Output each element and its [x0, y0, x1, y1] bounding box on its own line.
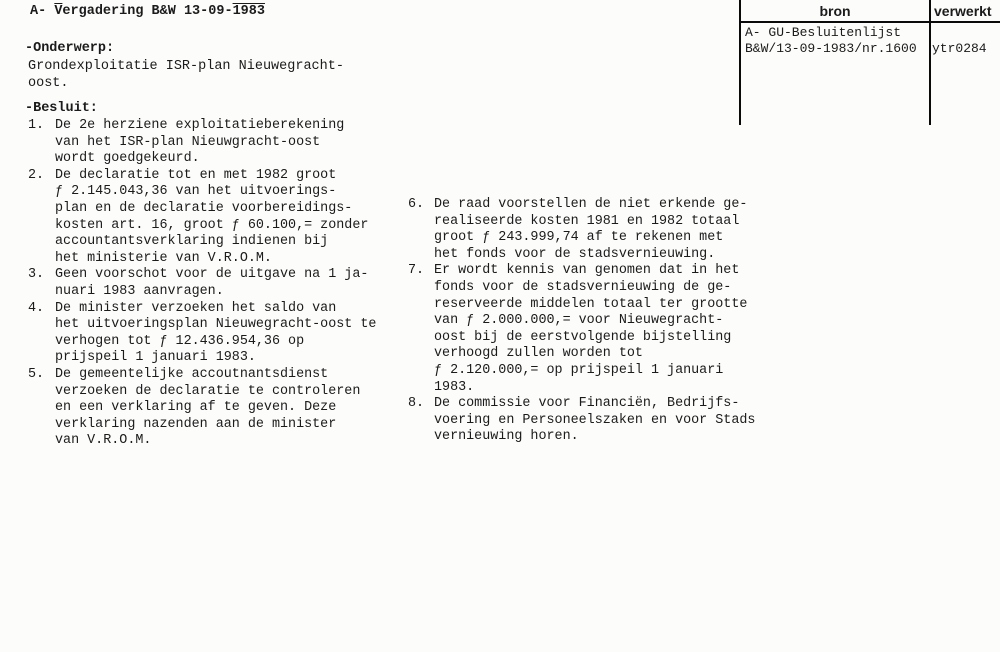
document-page: A- Vergadering B&W 13-09-1983 bron verwe…	[0, 0, 1000, 652]
list-item: 4. De minister verzoeken het saldo van h…	[28, 301, 393, 367]
stamp-table-cell-verwerkt: ytr0284	[932, 41, 987, 57]
stamp-table-cell-bron: A- GU-Besluitenlijst B&W/13-09-1983/nr.1…	[745, 25, 917, 57]
list-item-number: 3.	[28, 267, 55, 284]
list-item-text: De commissie voor Financiën, Bedrijfs- v…	[434, 396, 755, 446]
list-item: 6. De raad voorstellen de niet erkende g…	[408, 197, 768, 263]
title-part-overlined: 1983	[233, 4, 265, 19]
stamp-table-header-rule	[739, 21, 1000, 23]
list-item-text: Geen voorschot voor de uitgave na 1 ja- …	[55, 267, 368, 300]
onderwerp-text: Grondexploitatie ISR-plan Nieuwegracht- …	[28, 59, 344, 92]
besluit-list-left-column: 1. De 2e herziene exploitatieberekening …	[28, 118, 393, 450]
list-item-text: De declaratie tot en met 1982 groot ƒ 2.…	[55, 168, 368, 268]
list-item-text: De 2e herziene exploitatieberekening van…	[55, 118, 344, 168]
list-item-text: De gemeentelijke accoutnantsdienst verzo…	[55, 367, 360, 450]
list-item: 1. De 2e herziene exploitatieberekening …	[28, 118, 393, 168]
besluit-list-right-column: 6. De raad voorstellen de niet erkende g…	[408, 197, 768, 446]
list-item: 8. De commissie voor Financiën, Bedrijfs…	[408, 396, 768, 446]
list-item: 2. De declaratie tot en met 1982 groot ƒ…	[28, 168, 393, 268]
list-item-number: 4.	[28, 301, 55, 318]
stamp-table-column-divider	[929, 0, 931, 125]
list-item-number: 1.	[28, 118, 55, 135]
list-item-text: Er wordt kennis van genomen dat in het f…	[434, 263, 747, 396]
list-item-number: 8.	[408, 396, 434, 413]
page-title: A- Vergadering B&W 13-09-1983	[30, 4, 265, 19]
list-item: 3. Geen voorschot voor de uitgave na 1 j…	[28, 267, 393, 300]
besluit-label: -Besluit:	[25, 101, 98, 116]
list-item-text: De minister verzoeken het saldo van het …	[55, 301, 376, 367]
onderwerp-label: -Onderwerp:	[25, 41, 114, 56]
list-item-number: 7.	[408, 263, 434, 280]
list-item-text: De raad voorstellen de niet erkende ge- …	[434, 197, 747, 263]
stamp-table-header-bron: bron	[741, 3, 929, 19]
title-part: A-	[30, 4, 54, 19]
stamp-table-header-verwerkt: verwerkt	[934, 3, 1000, 19]
title-part: ergadering B&W 13-09-	[62, 4, 232, 19]
list-item-number: 2.	[28, 168, 55, 185]
list-item-number: 5.	[28, 367, 55, 384]
list-item-number: 6.	[408, 197, 434, 214]
list-item: 5. De gemeentelijke accoutnantsdienst ve…	[28, 367, 393, 450]
list-item: 7. Er wordt kennis van genomen dat in he…	[408, 263, 768, 396]
